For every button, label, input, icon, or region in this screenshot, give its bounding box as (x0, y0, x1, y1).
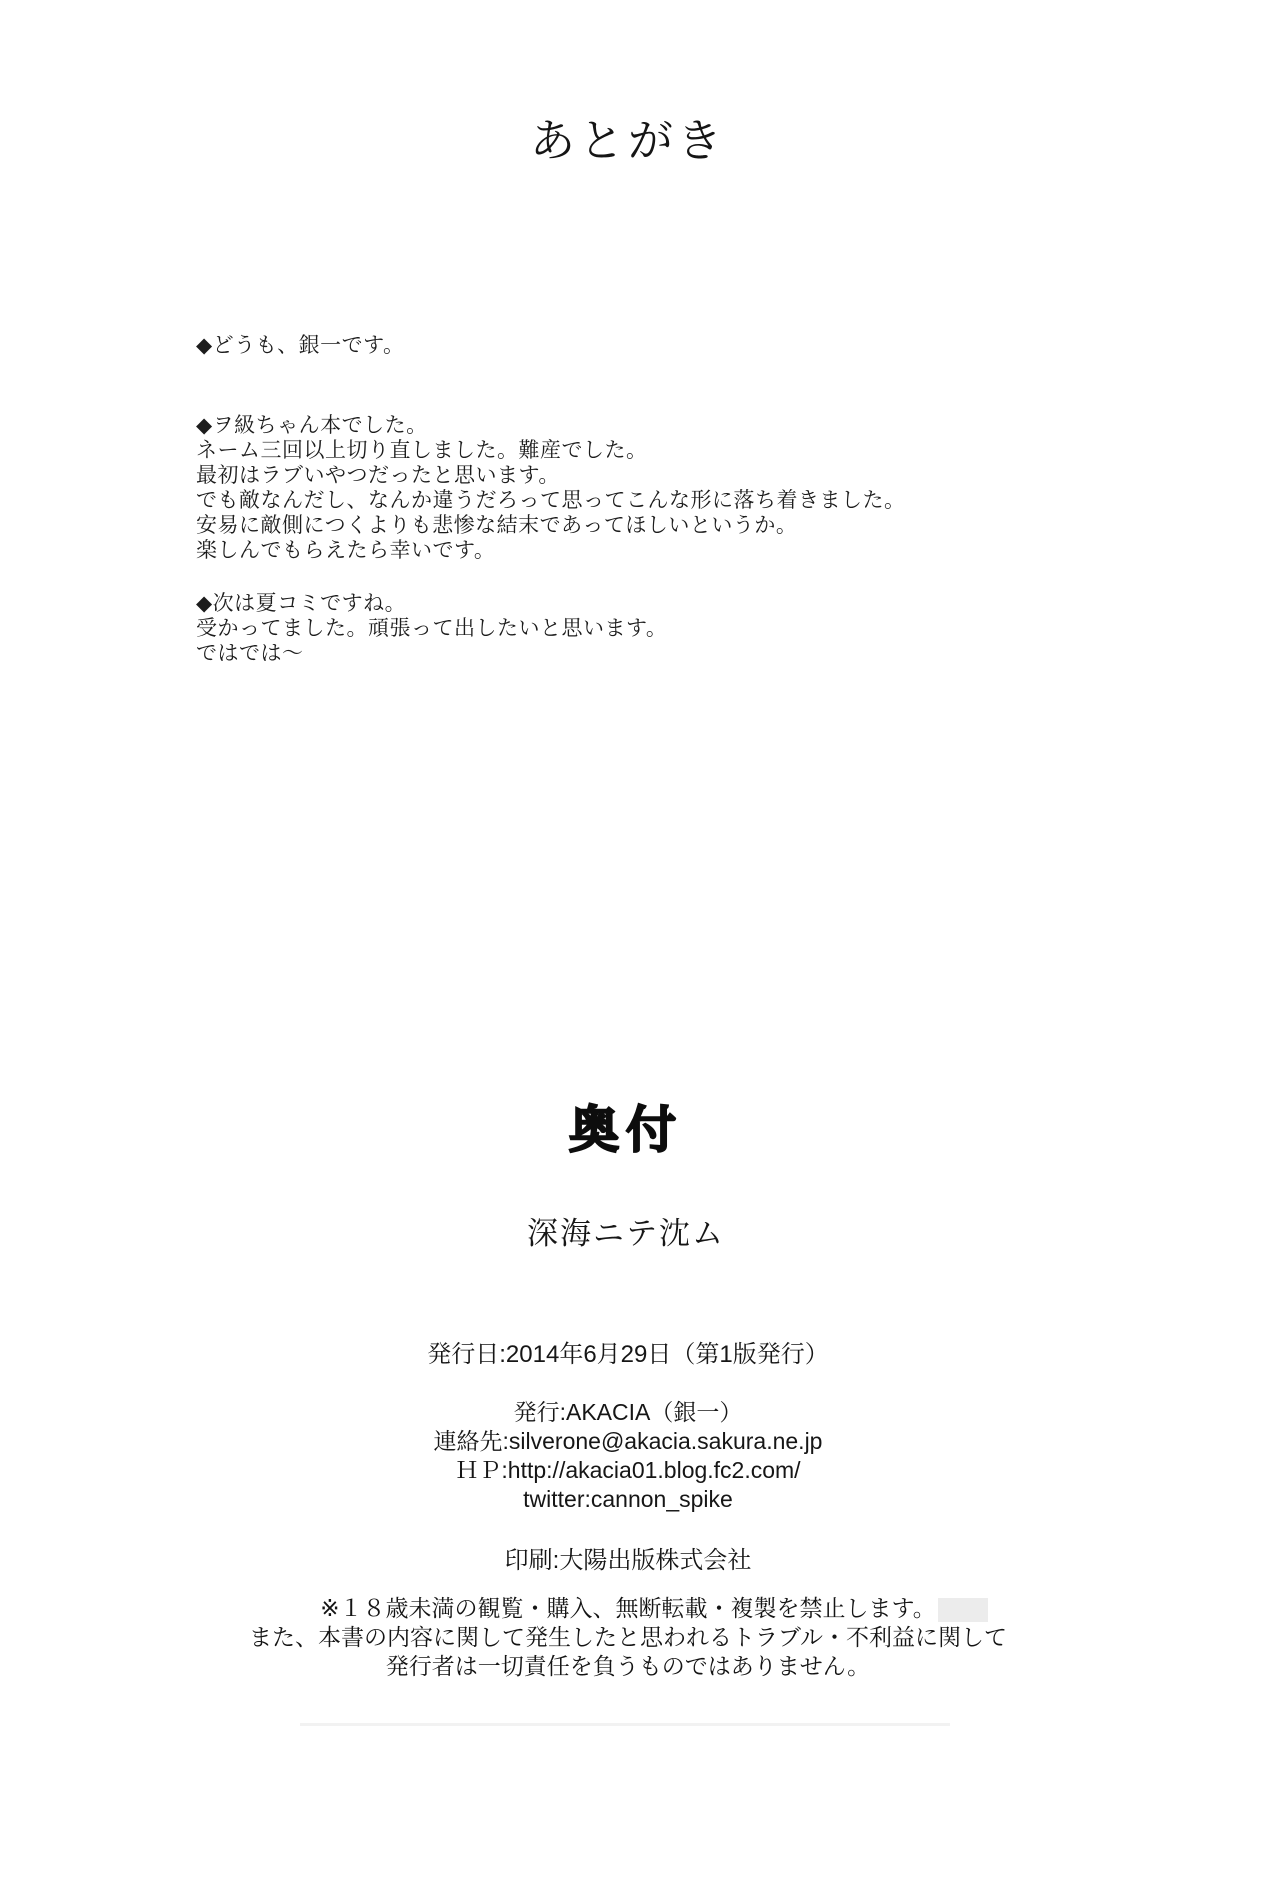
afterword-line: ◆どうも、銀一です。 (196, 333, 906, 358)
doujin-colophon-page: あとがき ◆どうも、銀一です。 ◆ヲ級ちゃん本でした。 ネーム三回以上切り直しま… (0, 0, 1280, 1879)
afterword-line: 受かってました。頑張って出したいと思います。 (196, 616, 906, 641)
afterword-line: ◆ヲ級ちゃん本でした。 (196, 413, 906, 438)
disclaimer-line: また、本書の内容に関して発生したと思われるトラブル・不利益に関して (0, 1623, 1256, 1652)
afterword-line: ではでは～ (196, 641, 906, 666)
book-title: 深海ニテ沈ム (0, 1208, 1252, 1253)
publisher-line: 発行:AKACIA（銀一） (0, 1398, 1256, 1427)
scan-artifact (300, 1723, 950, 1726)
afterword-paragraph: ◆次は夏コミですね。 受かってました。頑張って出したいと思います。 ではでは～ (196, 591, 906, 666)
afterword-paragraph: ◆ヲ級ちゃん本でした。 ネーム三回以上切り直しました。難産でした。 最初はラブい… (196, 413, 906, 563)
afterword-line: ネーム三回以上切り直しました。難産でした。 (196, 438, 906, 463)
disclaimer-line: 発行者は一切責任を負うものではありません。 (0, 1652, 1256, 1681)
twitter-handle-line: twitter:cannon_spike (0, 1485, 1256, 1514)
afterword-body: ◆どうも、銀一です。 ◆ヲ級ちゃん本でした。 ネーム三回以上切り直しました。難産… (196, 333, 906, 666)
afterword-line: ◆次は夏コミですね。 (196, 591, 906, 616)
homepage-url-line: ＨＰ:http://akacia01.blog.fc2.com/ (0, 1456, 1256, 1485)
afterword-line: 安易に敵側につくよりも悲惨な結末であってほしいというか。 (196, 513, 906, 538)
printer-line: 印刷:大陽出版株式会社 (0, 1540, 1256, 1575)
disclaimer-line: ※１８歳未満の観覧・購入、無断転載・複製を禁止します。 (0, 1594, 1256, 1623)
publish-date-line: 発行日:2014年6月29日（第1版発行） (0, 1334, 1256, 1369)
colophon-title: 奥付 (0, 1090, 1252, 1162)
afterword-line: でも敵なんだし、なんか違うだろって思ってこんな形に落ち着きました。 (196, 488, 906, 513)
afterword-title: あとがき (0, 104, 1256, 169)
afterword-paragraph: ◆どうも、銀一です。 (196, 333, 906, 358)
afterword-line: 最初はラブいやつだったと思います。 (196, 463, 906, 488)
contact-email-line: 連絡先:silverone@akacia.sakura.ne.jp (0, 1427, 1256, 1456)
disclaimer-block: ※１８歳未満の観覧・購入、無断転載・複製を禁止します。 また、本書の内容に関して… (0, 1594, 1256, 1681)
afterword-line: 楽しんでもらえたら幸いです。 (196, 538, 906, 563)
scan-artifact (938, 1598, 988, 1622)
publisher-contact-block: 発行:AKACIA（銀一） 連絡先:silverone@akacia.sakur… (0, 1398, 1256, 1514)
